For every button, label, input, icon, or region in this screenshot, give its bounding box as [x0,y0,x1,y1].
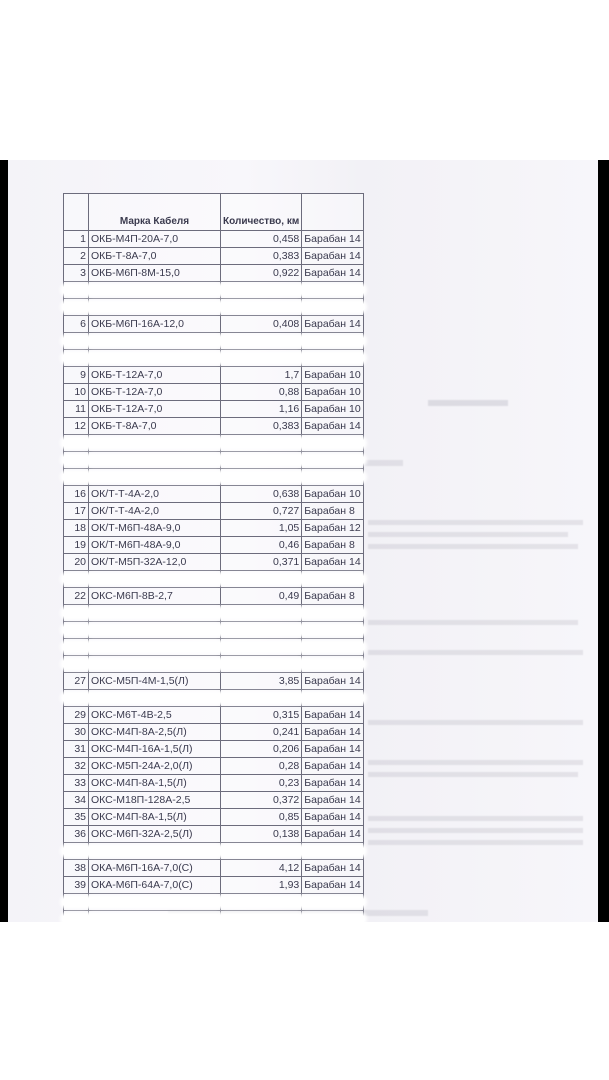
row-number: 39 [64,877,89,894]
header-drum [302,194,364,231]
row-number: 30 [64,724,89,741]
redacted-quantity-cell [221,350,302,367]
redacted-row-number: 26 [64,656,89,673]
cable-brand-cell: ОКБ-Т-12А-7,0 [89,367,221,384]
row-number: 6 [64,316,89,333]
quantity-cell: 3,85 [221,673,302,690]
table-row: 18ОК/Т-М6П-48А-9,01,05Барабан 12 [64,520,364,537]
cable-brand-cell: ОКС-М5П-4М-1,5(Л) [89,673,221,690]
cable-brand-cell: ОКБ-М4П-20А-7,0 [89,231,221,248]
cable-brand-cell: ОКС-М4П-8А-1,5(Л) [89,809,221,826]
redacted-row-number: 14 [64,452,89,469]
table-row: 26 [64,656,364,673]
redacted-quantity-cell [221,282,302,299]
redacted-row-number: 23 [64,605,89,622]
table-row: 40 [64,894,364,911]
drum-cell: Барабан 14 [302,231,364,248]
bleed-through-mark [368,650,583,655]
redacted-cable-brand-cell [89,911,221,923]
table-row: 36ОКС-М6П-32А-2,5(Л)0,138Барабан 14 [64,826,364,843]
redacted-drum-cell [302,656,364,673]
redacted-quantity-cell [221,299,302,316]
table-row: 16ОК/Т-Т-4А-2,00,638Барабан 10 [64,486,364,503]
drum-cell: Барабан 14 [302,877,364,894]
drum-cell: Барабан 14 [302,673,364,690]
table-row: 1ОКБ-М4П-20А-7,00,458Барабан 14 [64,231,364,248]
row-number: 35 [64,809,89,826]
redacted-row-number: 8 [64,350,89,367]
row-number: 33 [64,775,89,792]
row-number: 12 [64,418,89,435]
redacted-cable-brand-cell [89,282,221,299]
table-row: 24 [64,622,364,639]
redacted-cable-brand-cell [89,639,221,656]
table-row: 2ОКБ-Т-8А-7,00,383Барабан 14 [64,248,364,265]
redacted-drum-cell [302,894,364,911]
quantity-cell: 0,241 [221,724,302,741]
table-row: 15 [64,469,364,486]
drum-cell: Барабан 14 [302,418,364,435]
table-row: 39ОКА-М6П-64А-7,0(С)1,93Барабан 14 [64,877,364,894]
redacted-cable-brand-cell [89,690,221,707]
scanned-page: Марка Кабеля Количество, км 1ОКБ-М4П-20А… [8,160,598,922]
drum-cell: Барабан 8 [302,503,364,520]
redacted-quantity-cell [221,639,302,656]
redacted-drum-cell [302,622,364,639]
redacted-quantity-cell [221,452,302,469]
row-number: 19 [64,537,89,554]
drum-cell: Барабан 14 [302,265,364,282]
header-number [64,194,89,231]
bleed-through-mark [368,840,583,845]
cable-brand-cell: ОКС-М4П-8А-1,5(Л) [89,775,221,792]
redacted-quantity-cell [221,894,302,911]
cable-brand-cell: ОКС-М4П-8А-2,5(Л) [89,724,221,741]
redacted-row-number: 40 [64,894,89,911]
redacted-drum-cell [302,350,364,367]
drum-cell: Барабан 14 [302,741,364,758]
redacted-row-number: 7 [64,333,89,350]
table-row: 11ОКБ-Т-12А-7,01,16Барабан 10 [64,401,364,418]
quantity-cell: 0,206 [221,741,302,758]
row-number: 31 [64,741,89,758]
table-row: 17ОК/Т-Т-4А-2,00,727Барабан 8 [64,503,364,520]
redacted-quantity-cell [221,333,302,350]
redacted-drum-cell [302,469,364,486]
cable-table: Марка Кабеля Количество, км 1ОКБ-М4П-20А… [63,193,364,922]
bleed-through-mark [368,544,578,549]
table-row: 19ОК/Т-М6П-48А-9,00,46Барабан 8 [64,537,364,554]
redacted-quantity-cell [221,656,302,673]
redacted-cable-brand-cell [89,299,221,316]
bleed-through-mark [368,532,568,537]
cable-brand-cell: ОК/Т-Т-4А-2,0 [89,486,221,503]
table-row: 41 [64,911,364,923]
row-number: 1 [64,231,89,248]
redacted-row-number: 25 [64,639,89,656]
table-row: 22ОКС-М6П-8В-2,70,49Барабан 8 [64,588,364,605]
drum-cell: Барабан 10 [302,384,364,401]
table-row: 6ОКБ-М6П-16А-12,00,408Барабан 14 [64,316,364,333]
redacted-quantity-cell [221,605,302,622]
drum-cell: Барабан 10 [302,367,364,384]
row-number: 34 [64,792,89,809]
redacted-row-number: 4 [64,282,89,299]
cable-brand-cell: ОКС-М5П-24А-2,0(Л) [89,758,221,775]
table-row: 7 [64,333,364,350]
quantity-cell: 0,922 [221,265,302,282]
redacted-row-number: 28 [64,690,89,707]
cable-brand-cell: ОКС-М18П-128А-2,5 [89,792,221,809]
quantity-cell: 0,371 [221,554,302,571]
cable-brand-cell: ОКБ-Т-8А-7,0 [89,418,221,435]
redacted-cable-brand-cell [89,843,221,860]
table-row: 29ОКС-М6Т-4В-2,50,315Барабан 14 [64,707,364,724]
drum-cell: Барабан 14 [302,248,364,265]
redacted-cable-brand-cell [89,605,221,622]
quantity-cell: 0,315 [221,707,302,724]
redacted-drum-cell [302,690,364,707]
redacted-cable-brand-cell [89,894,221,911]
table-row: 5 [64,299,364,316]
redacted-drum-cell [302,843,364,860]
table-row: 9ОКБ-Т-12А-7,01,7Барабан 10 [64,367,364,384]
redacted-row-number: 24 [64,622,89,639]
redacted-cable-brand-cell [89,452,221,469]
header-cable-brand: Марка Кабеля [89,194,221,231]
redacted-cable-brand-cell [89,333,221,350]
row-number: 20 [64,554,89,571]
table-row: 8 [64,350,364,367]
table-row: 37 [64,843,364,860]
row-number: 11 [64,401,89,418]
redacted-drum-cell [302,452,364,469]
table-row: 30ОКС-М4П-8А-2,5(Л)0,241Барабан 14 [64,724,364,741]
row-number: 38 [64,860,89,877]
cable-brand-cell: ОКС-М6П-8В-2,7 [89,588,221,605]
redacted-row-number: 21 [64,571,89,588]
bleed-through-mark [368,760,583,765]
redacted-quantity-cell [221,622,302,639]
row-number: 18 [64,520,89,537]
quantity-cell: 0,458 [221,231,302,248]
redacted-row-number: 5 [64,299,89,316]
redacted-cable-brand-cell [89,656,221,673]
quantity-cell: 0,138 [221,826,302,843]
redacted-quantity-cell [221,911,302,923]
table-row: 25 [64,639,364,656]
row-number: 9 [64,367,89,384]
cable-brand-cell: ОКБ-Т-12А-7,0 [89,401,221,418]
drum-cell: Барабан 14 [302,809,364,826]
quantity-cell: 0,23 [221,775,302,792]
drum-cell: Барабан 10 [302,486,364,503]
table-body: 1ОКБ-М4П-20А-7,00,458Барабан 142ОКБ-Т-8А… [64,231,364,923]
redacted-cable-brand-cell [89,350,221,367]
cable-brand-cell: ОК/Т-М6П-48А-9,0 [89,520,221,537]
cable-brand-cell: ОКС-М6Т-4В-2,5 [89,707,221,724]
bleed-through-mark [368,816,583,821]
row-number: 22 [64,588,89,605]
header-quantity: Количество, км [221,194,302,231]
cable-brand-cell: ОКБ-М6П-8М-15,0 [89,265,221,282]
quantity-cell: 0,372 [221,792,302,809]
table-row: 12ОКБ-Т-8А-7,00,383Барабан 14 [64,418,364,435]
cable-brand-cell: ОКС-М6П-32А-2,5(Л) [89,826,221,843]
bleed-through-mark [368,620,578,625]
cable-brand-cell: ОК/Т-М6П-48А-9,0 [89,537,221,554]
row-number: 16 [64,486,89,503]
quantity-cell: 0,46 [221,537,302,554]
row-number: 17 [64,503,89,520]
redacted-row-number: 15 [64,469,89,486]
quantity-cell: 1,93 [221,877,302,894]
redacted-quantity-cell [221,690,302,707]
drum-cell: Барабан 14 [302,707,364,724]
bleed-through-mark [363,460,403,466]
cable-brand-cell: ОКБ-Т-8А-7,0 [89,248,221,265]
row-number: 32 [64,758,89,775]
bleed-through-mark [368,720,583,725]
quantity-cell: 0,49 [221,588,302,605]
redacted-row-number: 13 [64,435,89,452]
table-row: 35ОКС-М4П-8А-1,5(Л)0,85Барабан 14 [64,809,364,826]
drum-cell: Барабан 12 [302,520,364,537]
cable-brand-cell: ОКА-М6П-64А-7,0(С) [89,877,221,894]
table-row: 4 [64,282,364,299]
quantity-cell: 1,05 [221,520,302,537]
redacted-row-number: 37 [64,843,89,860]
drum-cell: Барабан 8 [302,588,364,605]
cable-brand-cell: ОКС-М4П-16А-1,5(Л) [89,741,221,758]
quantity-cell: 0,383 [221,418,302,435]
table-row: 34ОКС-М18П-128А-2,50,372Барабан 14 [64,792,364,809]
quantity-cell: 0,88 [221,384,302,401]
table-row: 31ОКС-М4П-16А-1,5(Л)0,206Барабан 14 [64,741,364,758]
cable-brand-cell: ОК/Т-Т-4А-2,0 [89,503,221,520]
bleed-through-mark [368,772,578,777]
redacted-drum-cell [302,282,364,299]
row-number: 29 [64,707,89,724]
quantity-cell: 0,28 [221,758,302,775]
row-number: 2 [64,248,89,265]
drum-cell: Барабан 14 [302,775,364,792]
quantity-cell: 0,727 [221,503,302,520]
table-row: 38ОКА-М6П-16А-7,0(С)4,12Барабан 14 [64,860,364,877]
table-row: 20ОК/Т-М5П-32А-12,00,371Барабан 14 [64,554,364,571]
redacted-cable-brand-cell [89,622,221,639]
table-row: 21 [64,571,364,588]
table-row: 14 [64,452,364,469]
quantity-cell: 1,7 [221,367,302,384]
row-number: 27 [64,673,89,690]
redacted-drum-cell [302,333,364,350]
redacted-quantity-cell [221,571,302,588]
drum-cell: Барабан 14 [302,792,364,809]
quantity-cell: 1,16 [221,401,302,418]
redacted-drum-cell [302,299,364,316]
table-row: 28 [64,690,364,707]
redacted-quantity-cell [221,435,302,452]
quantity-cell: 0,383 [221,248,302,265]
drum-cell: Барабан 14 [302,826,364,843]
row-number: 36 [64,826,89,843]
drum-cell: Барабан 14 [302,724,364,741]
table-row: 23 [64,605,364,622]
quantity-cell: 0,85 [221,809,302,826]
bleed-through-mark [428,400,508,406]
table-row: 32ОКС-М5П-24А-2,0(Л)0,28Барабан 14 [64,758,364,775]
drum-cell: Барабан 8 [302,537,364,554]
drum-cell: Барабан 14 [302,554,364,571]
row-number: 10 [64,384,89,401]
redacted-cable-brand-cell [89,571,221,588]
drum-cell: Барабан 14 [302,860,364,877]
drum-cell: Барабан 10 [302,401,364,418]
row-number: 3 [64,265,89,282]
quantity-cell: 0,408 [221,316,302,333]
redacted-drum-cell [302,571,364,588]
redacted-cable-brand-cell [89,469,221,486]
table-row: 3ОКБ-М6П-8М-15,00,922Барабан 14 [64,265,364,282]
redacted-drum-cell [302,911,364,923]
redacted-row-number: 41 [64,911,89,923]
cable-brand-cell: ОКА-М6П-16А-7,0(С) [89,860,221,877]
redacted-quantity-cell [221,469,302,486]
bleed-through-mark [368,828,583,833]
drum-cell: Барабан 14 [302,758,364,775]
table-row: 27ОКС-М5П-4М-1,5(Л)3,85Барабан 14 [64,673,364,690]
redacted-quantity-cell [221,843,302,860]
redacted-cable-brand-cell [89,435,221,452]
cable-brand-cell: ОКБ-Т-12А-7,0 [89,384,221,401]
quantity-cell: 4,12 [221,860,302,877]
redacted-drum-cell [302,435,364,452]
table-row: 13 [64,435,364,452]
cable-brand-cell: ОК/Т-М5П-32А-12,0 [89,554,221,571]
drum-cell: Барабан 14 [302,316,364,333]
table-row: 33ОКС-М4П-8А-1,5(Л)0,23Барабан 14 [64,775,364,792]
redacted-drum-cell [302,639,364,656]
cable-brand-cell: ОКБ-М6П-16А-12,0 [89,316,221,333]
redacted-drum-cell [302,605,364,622]
table-row: 10ОКБ-Т-12А-7,00,88Барабан 10 [64,384,364,401]
table-header-row: Марка Кабеля Количество, км [64,194,364,231]
bleed-through-mark [368,520,583,525]
quantity-cell: 0,638 [221,486,302,503]
